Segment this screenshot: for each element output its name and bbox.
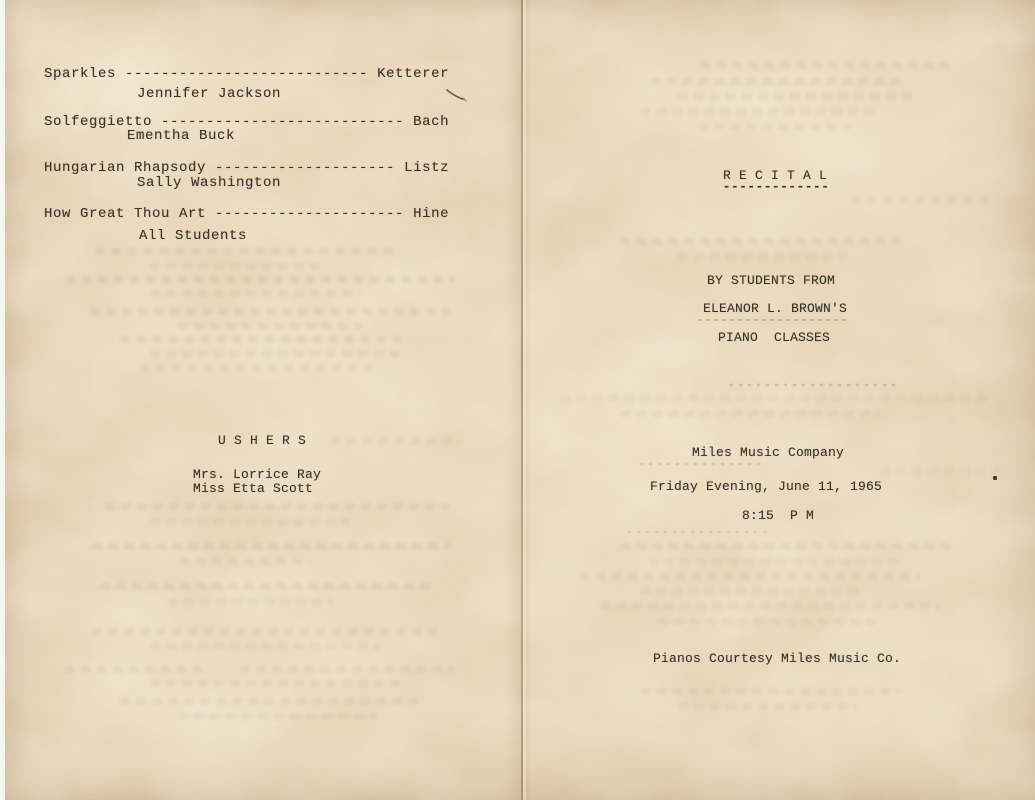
left-page: Sparkles --------------------------- Ket… [0,0,520,800]
piece-title: Hungarian Rhapsody [44,160,206,176]
performer: Jennifer Jackson [137,86,281,102]
composer: Hine [413,206,449,222]
composer: Ketterer [377,66,449,82]
byline: ELEANOR L. BROWN'S [703,301,847,316]
leader-dashes: --------------------------- [116,66,377,82]
performer: Sally Washington [137,175,281,191]
date-line: Friday Evening, June 11, 1965 [650,479,882,494]
program-line: How Great Thou Art ---------------------… [44,206,449,222]
title-underline: ------------- [723,179,830,194]
piece-title: Sparkles [44,66,116,82]
program-line: Solfeggietto ---------------------------… [44,114,449,130]
usher-name: Miss Etta Scott [193,481,313,496]
program-line: Hungarian Rhapsody -------------------- … [44,160,449,176]
usher-name: Mrs. Lorrice Ray [193,467,321,482]
byline: BY STUDENTS FROM [707,273,835,288]
piece-title: How Great Thou Art [44,206,206,222]
performer: All Students [139,228,247,244]
footer-note: Pianos Courtesy Miles Music Co. [653,651,901,666]
composer: Listz [404,160,449,176]
byline-dotted-underline [698,319,850,321]
pen-mark [445,87,469,105]
program-line: Sparkles --------------------------- Ket… [44,66,449,82]
composer: Bach [413,114,449,130]
right-page: R E C I T A L ------------- BY STUDENTS … [520,0,1020,800]
byline: PIANO CLASSES [718,330,830,345]
ink-speck [993,476,997,480]
time-line: 8:15 P M [742,508,814,523]
performer: Ementha Buck [127,128,235,144]
leader-dashes: --------------------- [206,206,413,222]
leader-dashes: -------------------- [206,160,404,176]
ushers-heading: U S H E R S [218,433,306,448]
venue: Miles Music Company [692,445,844,460]
